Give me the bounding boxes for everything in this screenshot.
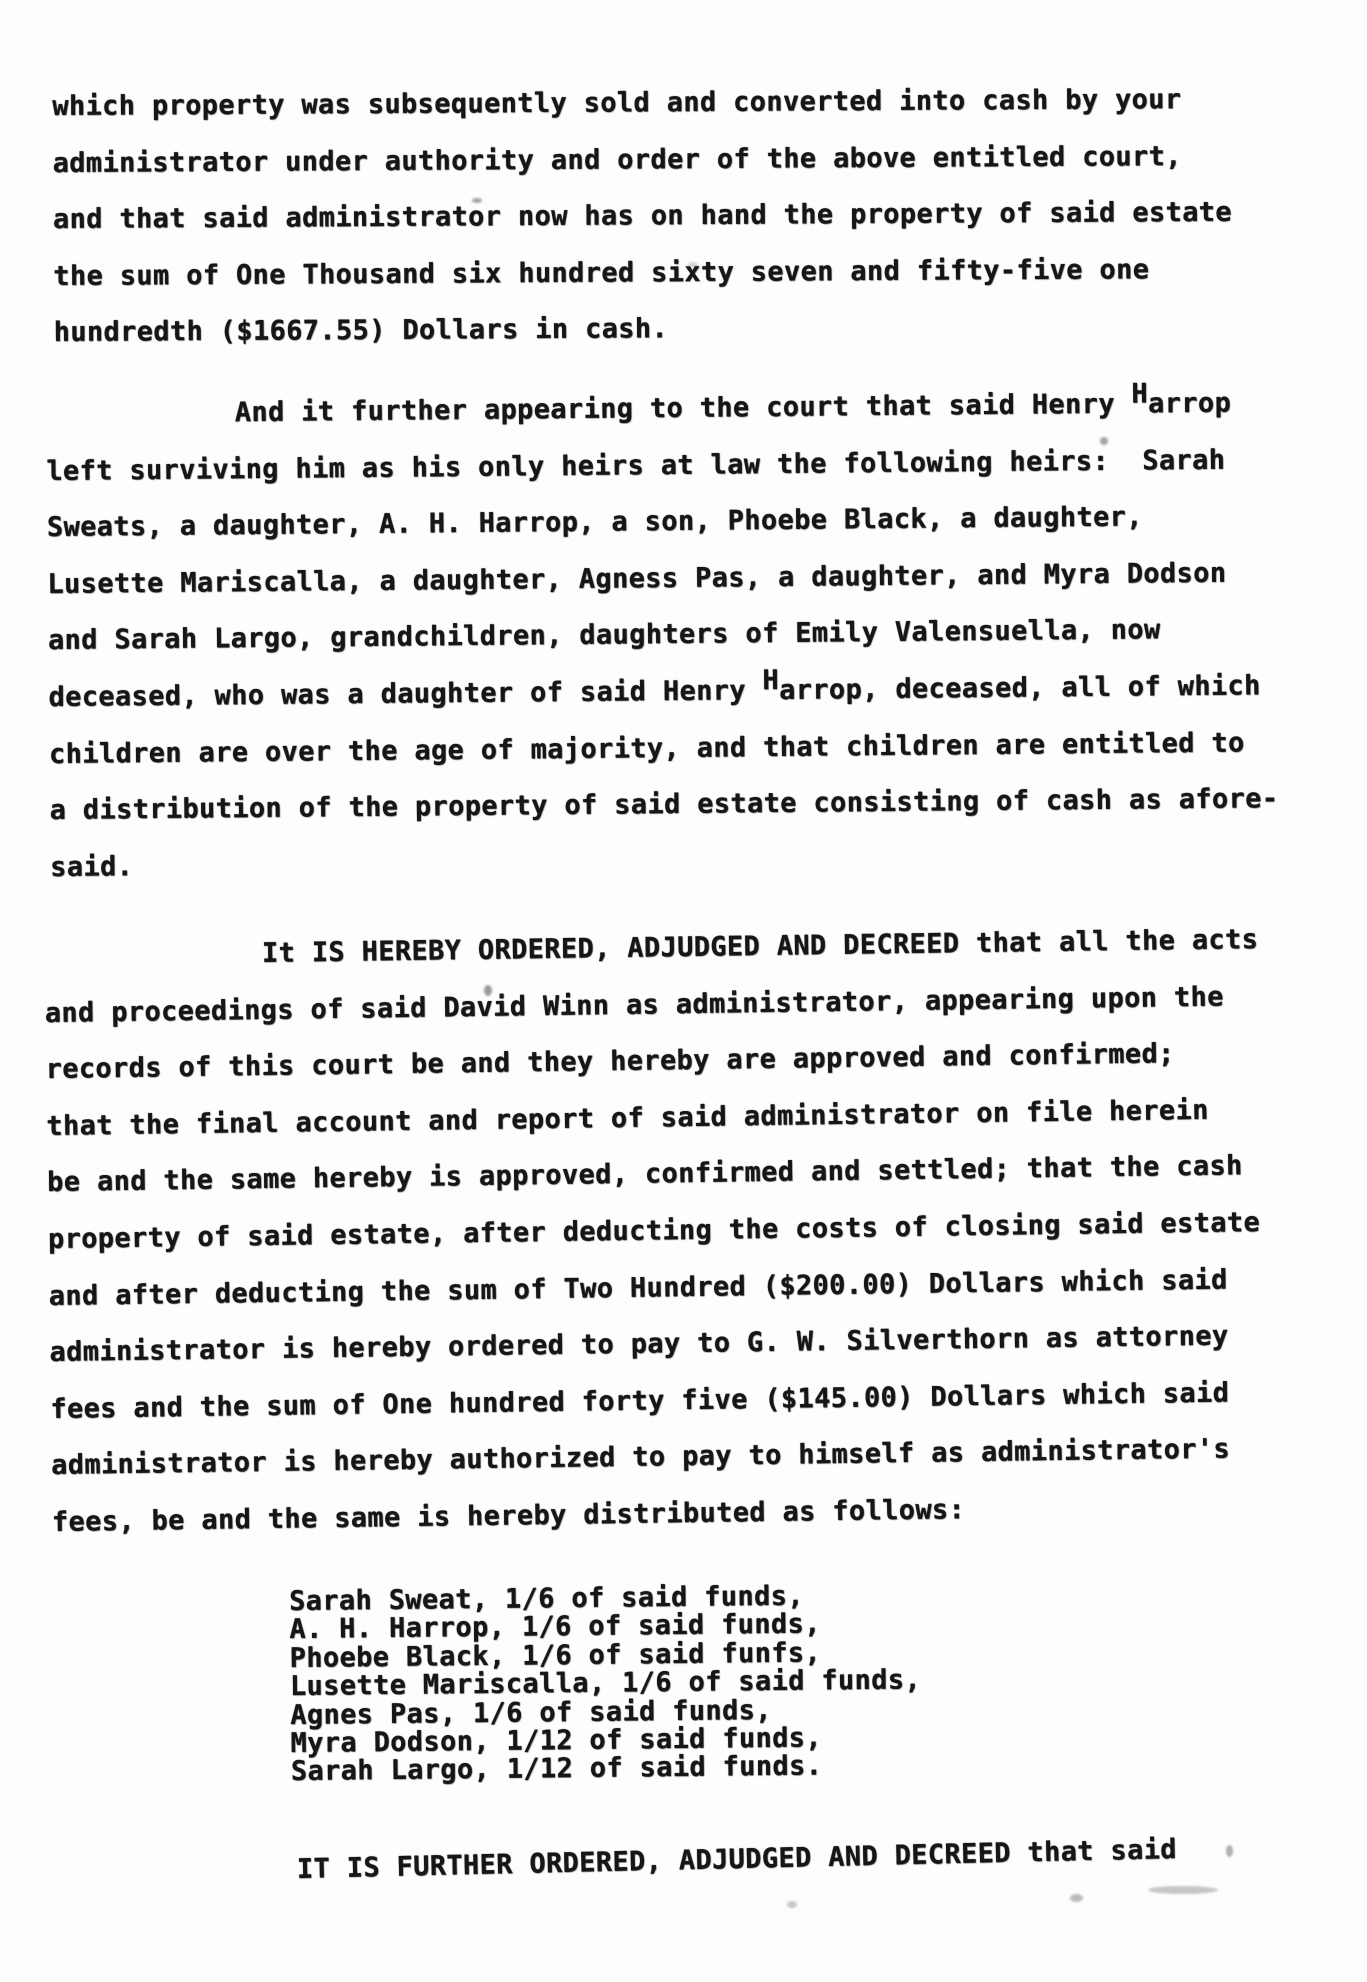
stray-ink-mark [1100,437,1108,445]
closing-line: IT IS FURTHER ORDERED, ADJUDGED AND DECR… [296,1822,1177,1899]
paragraph-3: It IS HEREBY ORDERED, ADJUDGED AND DECRE… [44,912,1267,1551]
text-line: the sum of One Thousand six hundred sixt… [53,242,1232,306]
stray-ink-mark [1148,1886,1218,1894]
text-line: a distribution of the property of said e… [49,771,1278,839]
text-line: IT IS FURTHER ORDERED, ADJUDGED AND DECR… [296,1822,1177,1899]
text-line: Sarah Largo, 1/12 of said funds. [291,1752,922,1787]
raised-character: H [762,653,779,710]
stray-ink-mark [787,1901,797,1908]
raised-character: H [1131,366,1148,423]
stray-ink-mark [688,262,698,268]
document-page: which property was subsequently sold and… [0,0,1367,1982]
text-line: hundredth ($1667.55) Dollars in cash. [54,298,1233,362]
paragraph-2: And it further appearing to the court th… [46,375,1280,896]
text-line: said. [50,828,1279,896]
text-line: which property was subsequently sold and… [52,72,1231,136]
stray-ink-mark [1070,1894,1083,1902]
text-line: administrator under authority and order … [52,128,1231,192]
distribution-list: Sarah Sweat, 1/6 of said funds,A. H. Har… [289,1581,922,1786]
text-line: and that said administrator now has on h… [53,185,1232,249]
stray-ink-mark [472,198,482,203]
stray-ink-mark [484,985,492,996]
paragraph-1: which property was subsequently sold and… [52,72,1233,362]
stray-ink-mark [1226,1845,1233,1857]
